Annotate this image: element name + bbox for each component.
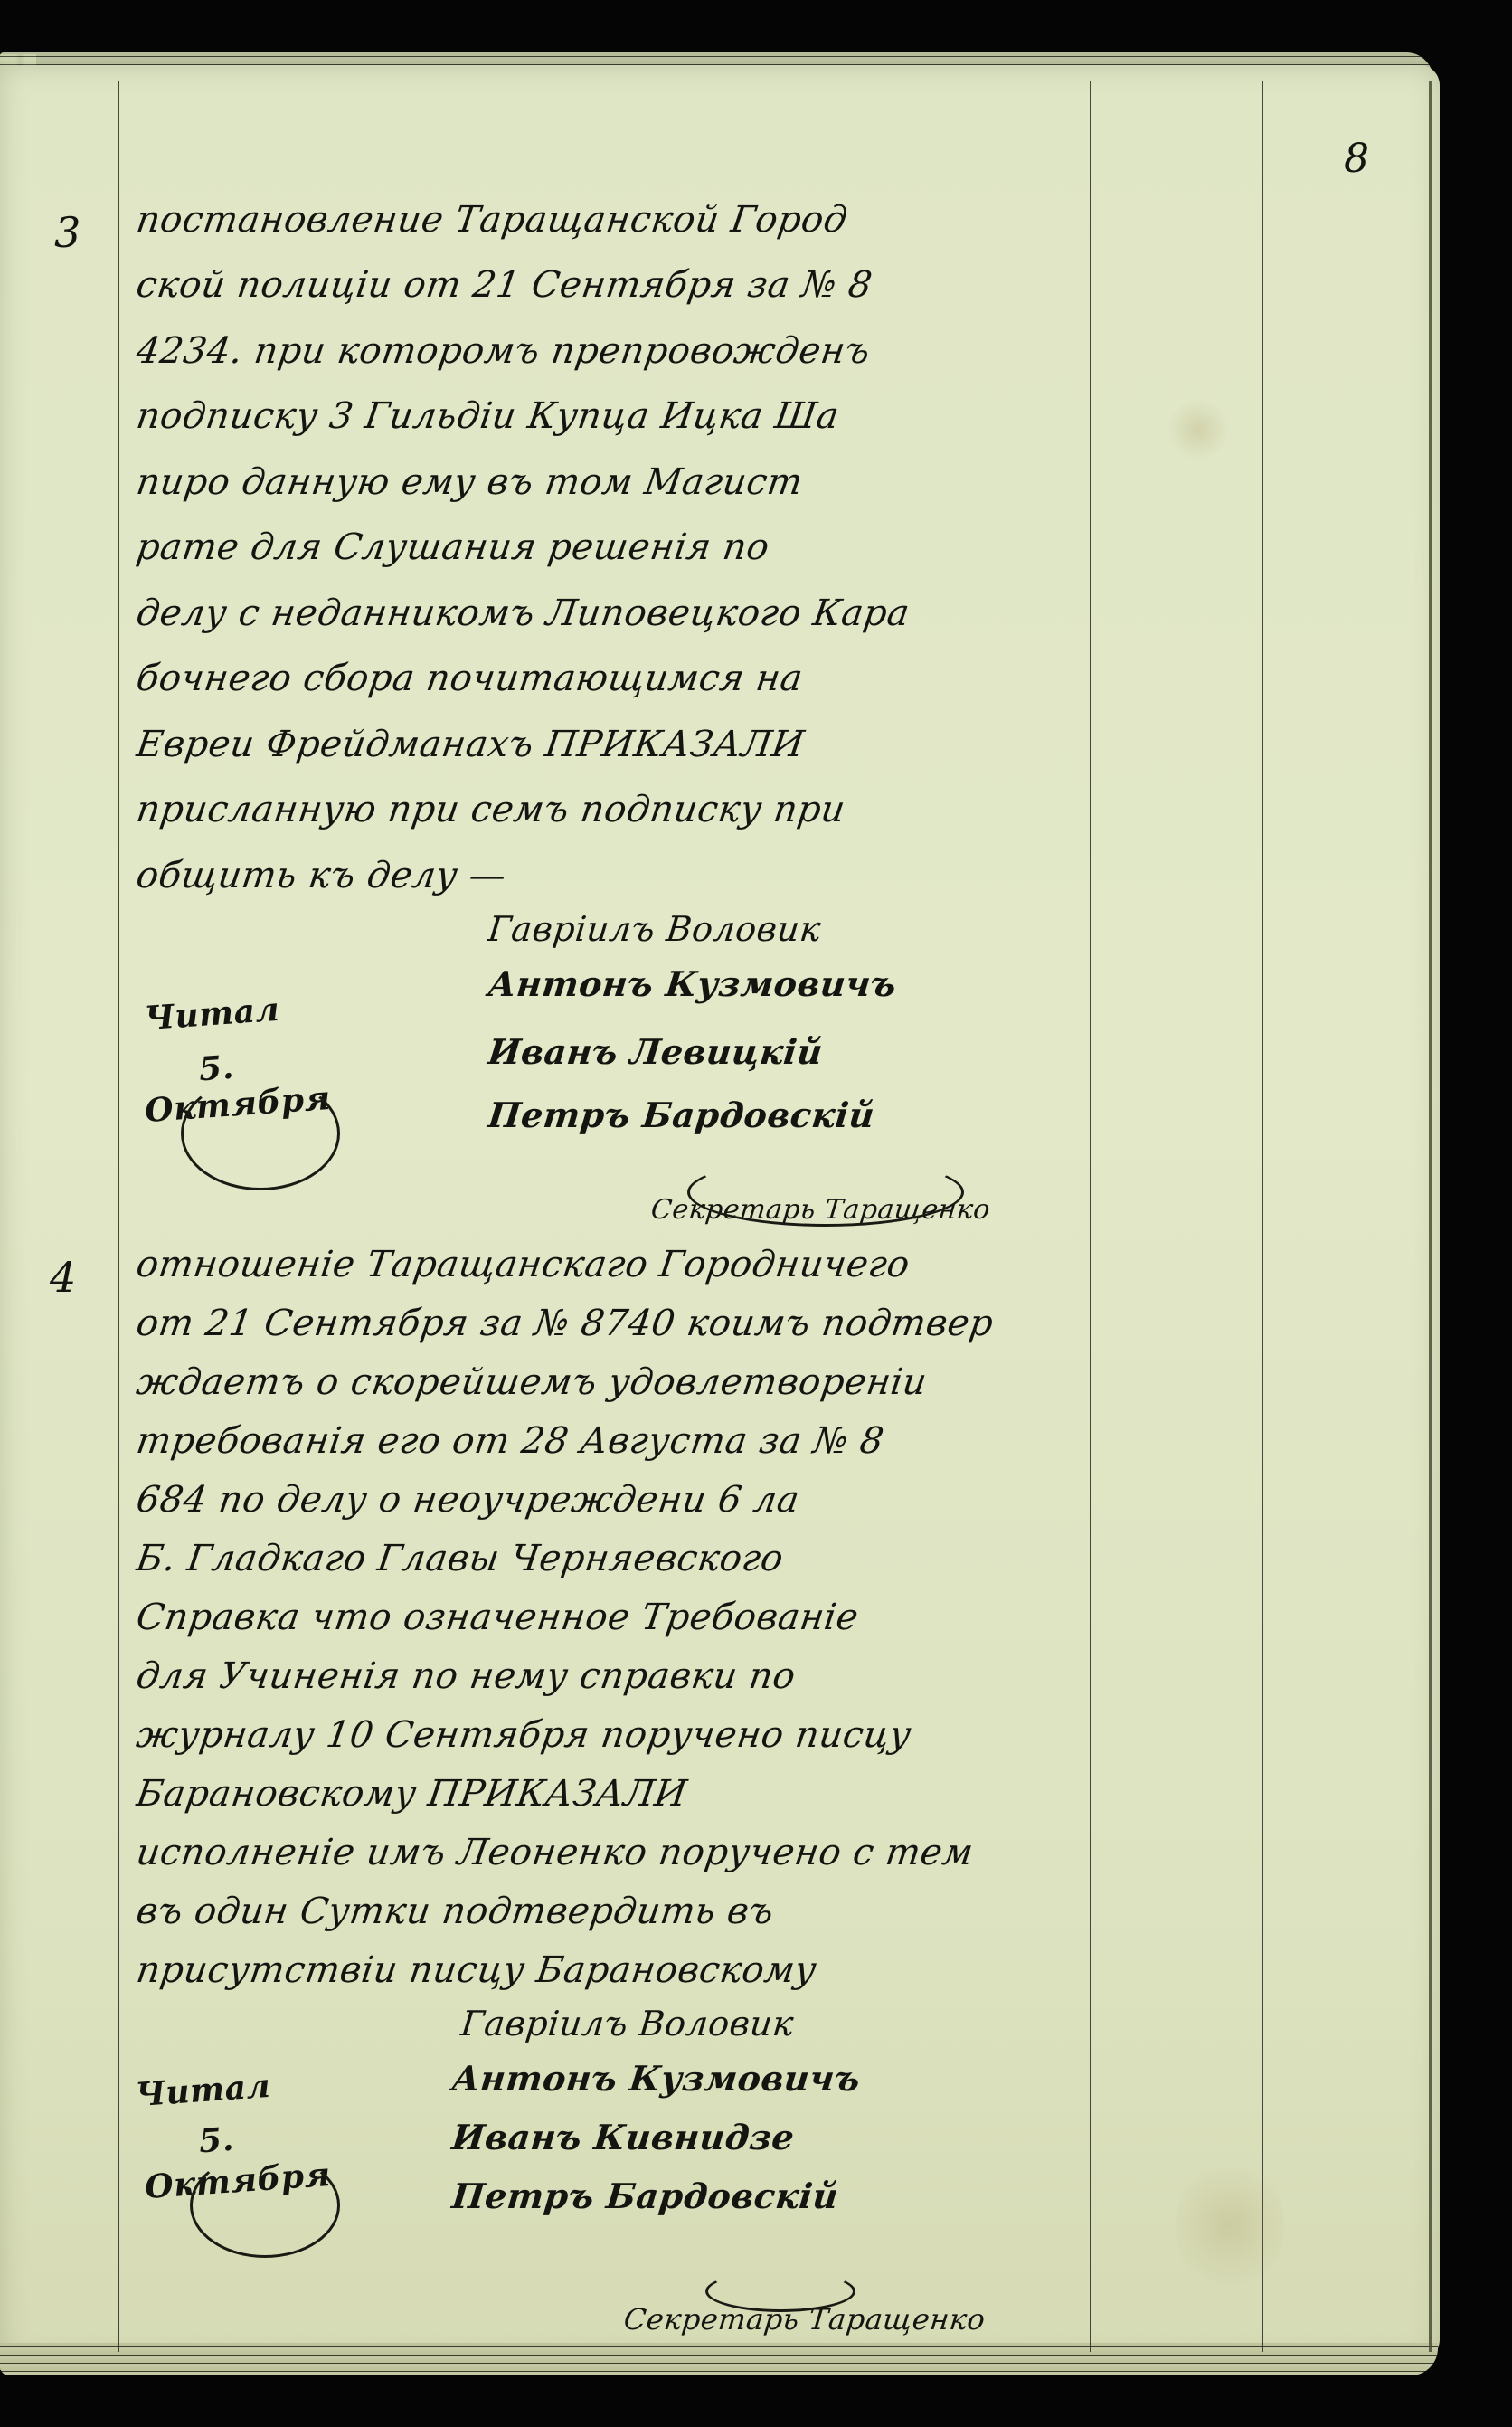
flourish-icon: [705, 2271, 855, 2312]
main-column-right-rule: [1090, 81, 1091, 2352]
paper-stain: [1167, 398, 1230, 461]
entry-text-line: рате для Слушания решенія по: [134, 526, 1089, 568]
signature: Гавріилъ Воловик: [487, 909, 823, 949]
entry-text-line: Справка что означенное Требованіе: [134, 1597, 1089, 1638]
entry-text-line: от 21 Сентября за № 8740 коимъ подтвер: [134, 1303, 1089, 1344]
entry-text-line: Барановскому ПРИКАЗАЛИ: [134, 1773, 1089, 1815]
flourish-icon: [190, 2153, 340, 2258]
entry-number: 3: [54, 208, 81, 257]
entry-text-line: постановление Таращанской Город: [134, 199, 1089, 241]
flourish-icon: [687, 1158, 964, 1227]
entry-text-line: для Учиненія по нему справки по: [134, 1655, 1089, 1697]
entry-number: 4: [50, 1253, 77, 1302]
entry-text-line: ждаетъ о скорейшемъ удовлетвореніи: [134, 1361, 1089, 1403]
entry-text-line: 4234. при которомъ препровожденъ: [134, 330, 1089, 372]
entry-text-line: присутствіи писцу Барановскому: [134, 1949, 1089, 1991]
entry-text-line: делу с неданникомъ Липовецкого Кара: [134, 593, 1089, 634]
entry-text-line: требованія его от 28 Августа за № 8: [134, 1420, 1089, 1462]
entry-text-line: въ один Сутки подтвердить въ: [134, 1891, 1089, 1932]
signature: Петръ Бардовскій: [487, 1095, 877, 1135]
signature: Иванъ Кивнидзе: [450, 2117, 797, 2157]
paper-stain: [1176, 2153, 1284, 2298]
entry-text-line: отношеніе Таращанскаго Городничего: [134, 1244, 1089, 1285]
narrow-column-rule: [1262, 81, 1263, 2352]
entry-text-line: подписку 3 Гильдіи Купца Ицка Ша: [134, 395, 1089, 437]
page-right-border: [1429, 81, 1432, 2352]
entry-text-line: 684 по делу о неоучреждени 6 ла: [134, 1479, 1089, 1521]
entry-text-line: ской полиціи от 21 Сентября за № 8: [134, 264, 1089, 306]
margin-note-day: 5.: [198, 2120, 235, 2161]
entry-text-line: пиро данную ему въ том Магист: [134, 461, 1089, 503]
page-bottom-edge: [0, 2343, 1438, 2375]
entry-text-line: Евреи Фрейдманахъ ПРИКАЗАЛИ: [134, 724, 1089, 765]
page-number: 8: [1344, 136, 1370, 182]
entry-text-line: журналу 10 Сентября поручено писцу: [134, 1714, 1089, 1756]
entry-text-line: исполненіе имъ Леоненко поручено с тем: [134, 1832, 1089, 1873]
entry-text-line: Б. Гладкаго Главы Черняевского: [134, 1538, 1089, 1579]
signature: Антонъ Кузмовичъ: [487, 963, 899, 1004]
margin-column-rule: [118, 81, 119, 2352]
entry-text-line: бочнего сбора почитающимся на: [134, 658, 1089, 699]
entry-text-line: присланную при семъ подписку при: [134, 789, 1089, 830]
entry-text-line: общить къ делу —: [134, 855, 1089, 896]
signature: Петръ Бардовскій: [450, 2176, 841, 2216]
signature: Иванъ Левицкій: [487, 1031, 825, 1072]
signature: Гавріилъ Воловик: [459, 2004, 796, 2043]
flourish-icon: [181, 1076, 340, 1190]
signature: Антонъ Кузмовичъ: [450, 2058, 863, 2099]
